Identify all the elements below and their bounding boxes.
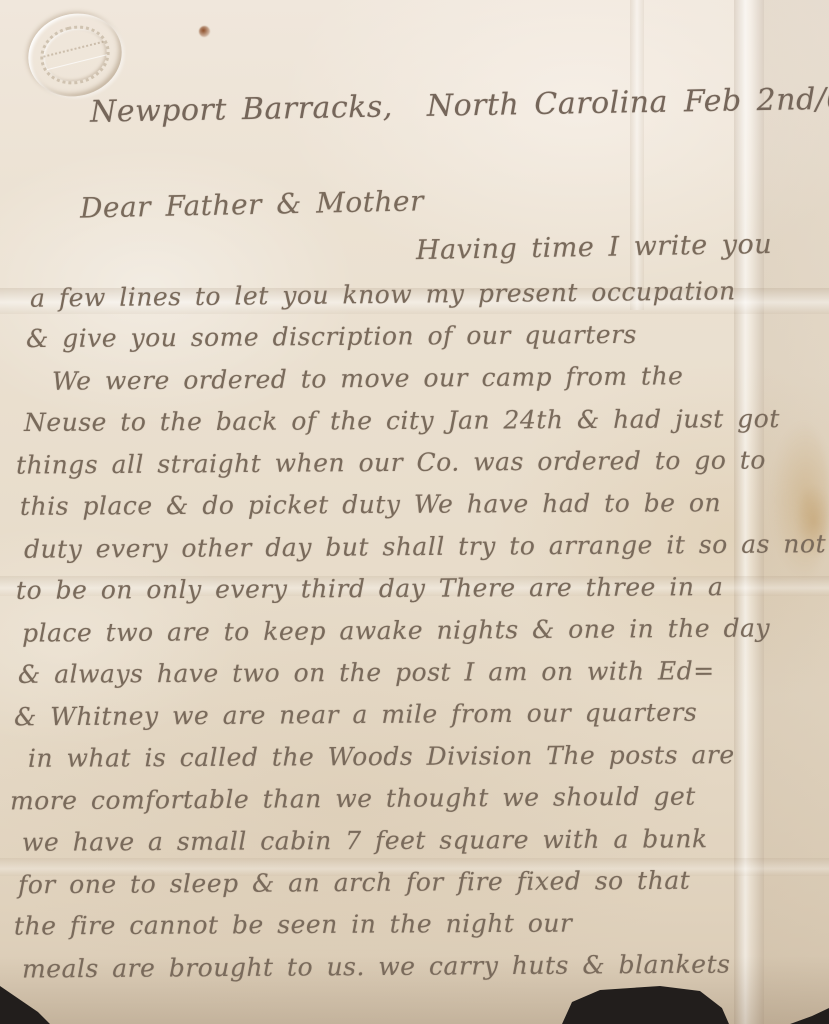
vertical-fold-crease [734,0,764,1024]
letter-paper: Newport Barracks,North CarolinaFeb 2nd/6… [0,0,829,1024]
brown-ink-spot [199,26,210,37]
letter-body-line: & Whitney we are near a mile from our qu… [14,698,697,732]
letter-body-line: to be on only every third day There are … [16,572,723,605]
embossed-stationer-seal-icon [19,4,130,106]
upper-vertical-crease [630,0,644,310]
letter-body-line: Neuse to the back of the city Jan 24th &… [24,404,780,437]
letter-body-line: in what is called the Woods Division The… [28,740,735,773]
letter-body-line: duty every other day but shall try to ar… [24,529,826,564]
letter-body-line: & give you some discription of our quart… [26,320,637,353]
letter-body-line: we have a small cabin 7 feet square with… [22,824,708,857]
letter-heading: Newport Barracks,North CarolinaFeb 2nd/6… [90,81,829,130]
letter-salutation: Dear Father & Mother [80,184,425,224]
letter-body-line: the fire cannot be seen in the night our [14,909,573,941]
letter-body-line: We were ordered to move our camp from th… [52,361,684,396]
letter-opening-line: Having time I write you [416,229,773,266]
letter-body-line: more comfortable than we thought we shou… [10,782,696,816]
letter-body-line: meals are brought to us. we carry huts &… [22,950,731,984]
heading-location: Newport Barracks, [90,89,393,129]
heading-date: Feb 2nd/63 [684,81,829,119]
letter-body-line: for one to sleep & an arch for fire fixe… [18,866,690,900]
letter-photo: Newport Barracks,North CarolinaFeb 2nd/6… [0,0,829,1024]
heading-gap [393,116,427,117]
letter-body-line: place two are to keep awake nights & one… [22,613,770,647]
letter-body-line: a few lines to let you know my present o… [30,276,736,312]
letter-body-line: this place & do picket duty We have had … [20,488,721,521]
letter-body-line: things all straight when our Co. was ord… [16,445,766,479]
letter-body-line: & always have two on the post I am on wi… [18,656,715,689]
heading-region: North Carolina [426,85,668,124]
